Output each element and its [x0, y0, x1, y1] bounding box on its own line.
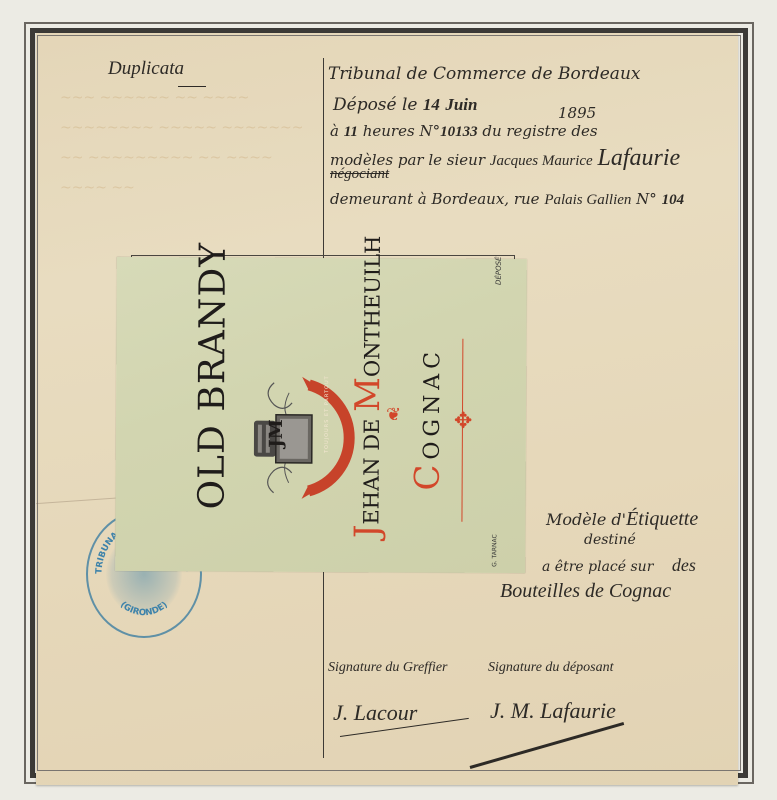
- clerk-signature: J. Lacour: [333, 700, 417, 726]
- purpose-model-text: Modèle d': [546, 510, 626, 529]
- ornament-icon: ✥: [454, 411, 473, 433]
- hour-prefix: à: [330, 122, 339, 140]
- show-through-text: ~~~~ ~~: [60, 180, 135, 196]
- residence-line: demeurant à Bordeaux, rue Palais Gallien…: [330, 190, 684, 209]
- deposit-year: 1895: [558, 104, 596, 122]
- duplicata-note: Duplicata: [108, 58, 184, 80]
- purpose-article: des: [672, 555, 696, 575]
- purpose-line-1: Modèle d'Étiquette: [546, 508, 698, 531]
- show-through-text: ~~ ~~~~~~~~~ ~~ ~~~~: [60, 150, 273, 166]
- stamp-bottom-text: (GIRONDE): [118, 600, 170, 618]
- deposit-hour: 11: [344, 124, 358, 140]
- street-number: 104: [662, 192, 685, 208]
- product-text: OGNAC: [420, 347, 446, 460]
- number-prefix: N°: [419, 122, 440, 140]
- svg-text:(GIRONDE): (GIRONDE): [118, 600, 170, 618]
- purpose-type: Étiquette: [626, 508, 698, 530]
- deposit-hour-line: à 11 heures N°10133 du registre des: [330, 122, 598, 141]
- deposit-date-line: Déposé le 14 Juin: [333, 95, 477, 115]
- depositor-first-name: Jacques Maurice: [490, 153, 593, 169]
- depose-mark: DÉPOSÉ: [495, 256, 503, 284]
- cognac-label: OLD BRANDY JM TOUJOURS ET PARTOUT JEHAN …: [115, 257, 527, 573]
- printer-mark: G. TARNAC: [491, 534, 498, 567]
- show-through-text: ~~~ ~~~~~~ ~~ ~~~~: [60, 90, 249, 106]
- ornament-icon: ❦: [386, 406, 401, 424]
- producer-text-2: ONTHEUILH: [360, 236, 385, 378]
- purpose-line-2: destiné: [584, 532, 636, 548]
- label-old-brandy: OLD BRANDY: [192, 242, 234, 510]
- hour-suffix: heures: [363, 122, 415, 140]
- crest-monogram: JM: [266, 419, 287, 448]
- deposit-day: 14: [423, 95, 440, 114]
- deposit-month: Juin: [445, 95, 477, 114]
- depositor-profession: négociant: [330, 166, 389, 183]
- registry-number: 10133: [440, 124, 478, 140]
- register-text: du registre des: [482, 122, 597, 140]
- purpose-line-3: a être placé sur des: [542, 555, 696, 576]
- deposited-label: Déposé le: [333, 95, 418, 115]
- producer-text-1: EHAN DE: [359, 412, 384, 525]
- purpose-placed-text: a être placé sur: [542, 559, 653, 575]
- product-initial-c: C: [408, 459, 448, 490]
- label-producer: JEHAN DE MONTHEUILH: [347, 235, 389, 538]
- crest-motto: TOUJOURS ET PARTOUT: [324, 375, 330, 453]
- duplicata-underline: [178, 86, 206, 87]
- show-through-text: ~~~~~~~~ ~~~~~ ~~~~~~~: [60, 120, 304, 136]
- depositor-last-name: Lafaurie: [597, 145, 680, 171]
- label-cognac: COGNAC: [408, 347, 449, 491]
- street-number-prefix: N°: [636, 190, 657, 208]
- depositor-signature: J. M. Lafaurie: [490, 698, 616, 724]
- residence-text: demeurant à Bordeaux, rue: [330, 190, 540, 208]
- depositor-signature-label: Signature du déposant: [488, 660, 613, 676]
- producer-initial-j: J: [347, 524, 387, 538]
- producer-initial-m: M: [348, 377, 388, 412]
- court-name: Tribunal de Commerce de Bordeaux: [328, 64, 640, 84]
- street-name: Palais Gallien: [544, 192, 631, 208]
- clerk-signature-label: Signature du Greffier: [328, 660, 448, 676]
- purpose-container: Bouteilles de Cognac: [500, 580, 671, 603]
